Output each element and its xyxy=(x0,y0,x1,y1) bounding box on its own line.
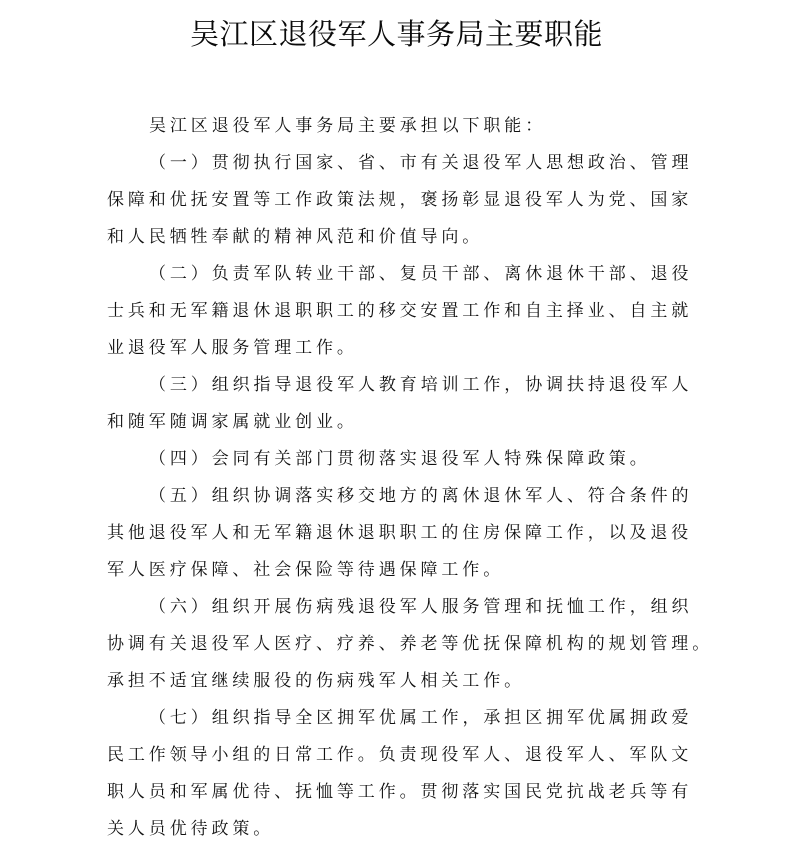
document-body: 吴江区退役军人事务局主要承担以下职能： （一）贯彻执行国家、省、市有关退役军人思… xyxy=(107,108,707,847)
paragraph-line: 承担不适宜继续服役的伤病残军人相关工作。 xyxy=(107,663,707,700)
paragraph-line: （四）会同有关部门贯彻落实退役军人特殊保障政策。 xyxy=(107,441,707,478)
paragraph-7: （七）组织指导全区拥军优属工作，承担区拥军优属拥政爱 民工作领导小组的日常工作。… xyxy=(107,700,707,847)
paragraph-line: 关人员优待政策。 xyxy=(107,811,707,847)
paragraph-line: 军人医疗保障、社会保险等待遇保障工作。 xyxy=(107,552,707,589)
intro-line: 吴江区退役军人事务局主要承担以下职能： xyxy=(107,108,707,145)
paragraph-4: （四）会同有关部门贯彻落实退役军人特殊保障政策。 xyxy=(107,441,707,478)
paragraph-line: 职人员和军属优待、抚恤等工作。贯彻落实国民党抗战老兵等有 xyxy=(107,774,707,811)
paragraph-line: 协调有关退役军人医疗、疗养、养老等优抚保障机构的规划管理。 xyxy=(107,626,707,663)
paragraph-line: （六）组织开展伤病残退役军人服务管理和抚恤工作，组织 xyxy=(107,589,707,626)
paragraph-6: （六）组织开展伤病残退役军人服务管理和抚恤工作，组织 协调有关退役军人医疗、疗养… xyxy=(107,589,707,700)
paragraph-line: 保障和优抚安置等工作政策法规，褒扬彰显退役军人为党、国家 xyxy=(107,182,707,219)
paragraph-line: （二）负责军队转业干部、复员干部、离休退休干部、退役 xyxy=(107,256,707,293)
paragraph-line: 和人民牺牲奉献的精神风范和价值导向。 xyxy=(107,219,707,256)
paragraph-line: 士兵和无军籍退休退职职工的移交安置工作和自主择业、自主就 xyxy=(107,293,707,330)
paragraph-3: （三）组织指导退役军人教育培训工作，协调扶持退役军人 和随军随调家属就业创业。 xyxy=(107,367,707,441)
paragraph-2: （二）负责军队转业干部、复员干部、离休退休干部、退役 士兵和无军籍退休退职职工的… xyxy=(107,256,707,367)
paragraph-5: （五）组织协调落实移交地方的离休退休军人、符合条件的 其他退役军人和无军籍退休退… xyxy=(107,478,707,589)
page-title: 吴江区退役军人事务局主要职能 xyxy=(0,14,793,54)
paragraph-line: 和随军随调家属就业创业。 xyxy=(107,404,707,441)
paragraph-line: 民工作领导小组的日常工作。负责现役军人、退役军人、军队文 xyxy=(107,737,707,774)
paragraph-line: （一）贯彻执行国家、省、市有关退役军人思想政治、管理 xyxy=(107,145,707,182)
paragraph-line: （七）组织指导全区拥军优属工作，承担区拥军优属拥政爱 xyxy=(107,700,707,737)
paragraph-line: （五）组织协调落实移交地方的离休退休军人、符合条件的 xyxy=(107,478,707,515)
paragraph-line: 业退役军人服务管理工作。 xyxy=(107,330,707,367)
paragraph-line: 其他退役军人和无军籍退休退职职工的住房保障工作，以及退役 xyxy=(107,515,707,552)
paragraph-line: （三）组织指导退役军人教育培训工作，协调扶持退役军人 xyxy=(107,367,707,404)
paragraph-1: （一）贯彻执行国家、省、市有关退役军人思想政治、管理 保障和优抚安置等工作政策法… xyxy=(107,145,707,256)
